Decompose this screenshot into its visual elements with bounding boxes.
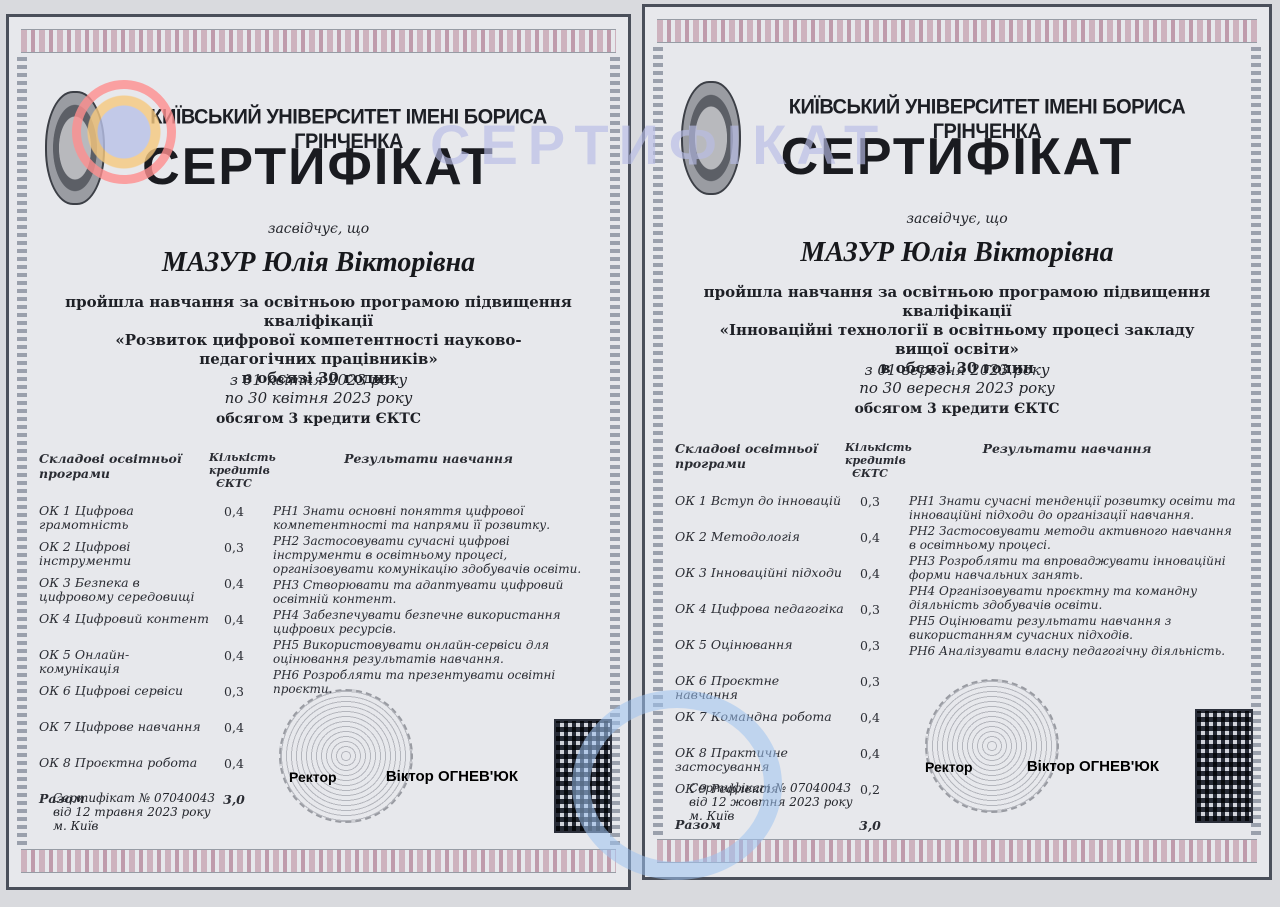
table-row-subject: ОК 5 Онлайн-комунікація (39, 648, 209, 684)
table-row-credits: 0,3 (209, 684, 259, 720)
ornament-border-bottom (21, 849, 616, 873)
table-row-credits: 0,4 (209, 720, 259, 756)
issue-city: м. Київ (689, 809, 853, 823)
description-line: «Розвиток цифрової компетентності науков… (59, 331, 578, 369)
table-total-value: 3,0 (209, 792, 259, 828)
header-subject: Складові освітньої програми (675, 441, 845, 480)
recipient-name: МАЗУР Юлія Вікторівна (39, 247, 598, 279)
table-row-subject: ОК 7 Цифрове навчання (39, 720, 209, 756)
table-row-credits: 0,4 (209, 648, 259, 684)
description-line: «Інноваційні технології в освітньому про… (695, 321, 1219, 359)
table-row-subject: ОК 8 Проєктна робота (39, 756, 209, 792)
table-row-subject: ОК 4 Цифровий контент (39, 612, 209, 648)
table-row-subject: ОК 3 Безпека в цифровому середовищі (39, 576, 209, 612)
table-row-credits: 0,3 (845, 494, 895, 530)
header-subject: Складові освітньої програми (39, 451, 209, 490)
certificate-footer-info: Сертифікат № 07040043 від 12 травня 2023… (53, 791, 215, 833)
issue-date: від 12 травня 2023 року (53, 805, 215, 819)
registry-number: Сертифікат № 07040043 (689, 781, 853, 795)
date-from: з 01 вересня 2023 року (695, 361, 1219, 379)
table-row-subject: ОК 3 Інноваційні підходи (675, 566, 845, 602)
program-dates: з 01 квітня 2023 року по 30 квітня 2023 … (59, 371, 578, 407)
ornament-border-left (17, 57, 27, 847)
qr-code-icon (554, 719, 612, 833)
learning-result: РН3 Створювати та адаптувати цифровий ос… (273, 578, 598, 606)
ornament-border-top (21, 29, 616, 53)
header-credits: Кількість кредитів ЄКТС (845, 441, 895, 480)
table-row-subject: ОК 6 Проєктне навчання (675, 674, 845, 710)
learning-result: РН1 Знати сучасні тенденції розвитку осв… (909, 494, 1239, 522)
table-row-subject: ОК 2 Методологія (675, 530, 845, 566)
qr-code-icon (1195, 709, 1253, 823)
learning-result: РН3 Розробляти та впроваджувати інноваці… (909, 554, 1239, 582)
learning-result: РН6 Розробляти та презентувати освітні п… (273, 668, 598, 696)
table-row-subject: ОК 7 Командна робота (675, 710, 845, 746)
learning-result: РН6 Аналізувати власну педагогічну діяль… (909, 644, 1239, 658)
registry-number: Сертифікат № 07040043 (53, 791, 215, 805)
learning-result: РН2 Застосовувати методи активного навча… (909, 524, 1239, 552)
table-row-subject: ОК 5 Оцінювання (675, 638, 845, 674)
certificate-title: СЕРТИФІКАТ (675, 127, 1239, 187)
date-to: по 30 квітня 2023 року (59, 389, 578, 407)
description-line: пройшла навчання за освітньою програмою … (695, 283, 1219, 321)
red-circle-logo-icon (72, 80, 176, 184)
table-row-subject: ОК 4 Цифрова педагогіка (675, 602, 845, 638)
learning-result: РН1 Знати основні поняття цифрової компе… (273, 504, 598, 532)
table-row-credits: 0,3 (845, 674, 895, 710)
table-total-label: Разом (675, 818, 845, 854)
issued-to-label: засвідчує, що (675, 211, 1239, 227)
table-row-credits: 0,4 (209, 612, 259, 648)
learning-result: РН5 Оцінювати результати навчання з вико… (909, 614, 1239, 642)
issued-to-label: засвідчує, що (39, 221, 598, 237)
header-results: Результати навчання (259, 451, 598, 490)
description-line: пройшла навчання за освітньою програмою … (59, 293, 578, 331)
certificate-footer-info: Сертифікат № 07040043 від 12 жовтня 2023… (689, 781, 853, 823)
signatory-rank: Ректор (289, 769, 337, 785)
table-row-credits: 0,3 (845, 638, 895, 674)
table-row-credits: 0,3 (209, 540, 259, 576)
recipient-name: МАЗУР Юлія Вікторівна (675, 237, 1239, 269)
date-to: по 30 вересня 2023 року (695, 379, 1219, 397)
credits-total: обсягом 3 кредити ЄКТС (695, 401, 1219, 417)
signatory-name: Віктор ОГНЕВ'ЮК (1027, 758, 1159, 775)
certificate-right: КИЇВСЬКИЙ УНІВЕРСИТЕТ ІМЕНІ БОРИСА ГРІНЧ… (642, 4, 1272, 880)
table-total-value: 3,0 (845, 818, 895, 854)
program-dates: з 01 вересня 2023 року по 30 вересня 202… (695, 361, 1219, 397)
table-row-credits: 0,4 (209, 576, 259, 612)
ornament-border-left (653, 47, 663, 837)
table-row-subject: ОК 1 Вступ до інновацій (675, 494, 845, 530)
issue-city: м. Київ (53, 819, 215, 833)
learning-result: РН2 Застосовувати сучасні цифрові інстру… (273, 534, 598, 576)
signatory-name: Віктор ОГНЕВ'ЮК (386, 768, 518, 785)
official-seal-icon (279, 689, 413, 823)
learning-result: РН4 Забезпечувати безпечне використання … (273, 608, 598, 636)
credits-total: обсягом 3 кредити ЄКТС (59, 411, 578, 427)
date-from: з 01 квітня 2023 року (59, 371, 578, 389)
learning-result: РН5 Використовувати онлайн-сервіси для о… (273, 638, 598, 666)
table-row-credits: 0,4 (845, 530, 895, 566)
table-row-credits: 0,4 (845, 710, 895, 746)
issue-date: від 12 жовтня 2023 року (689, 795, 853, 809)
learning-result: РН4 Організовувати проєктну та командну … (909, 584, 1239, 612)
table-row-subject: ОК 2 Цифрові інструменти (39, 540, 209, 576)
signatory-rank: Ректор (925, 759, 973, 775)
table-row-credits: 0,4 (845, 566, 895, 602)
header-credits: Кількість кредитів ЄКТС (209, 451, 259, 490)
table-row-subject: ОК 1 Цифрова грамотність (39, 504, 209, 540)
official-seal-icon (925, 679, 1059, 813)
table-row-credits: 0,4 (209, 756, 259, 792)
header-results: Результати навчання (895, 441, 1239, 480)
table-row-credits: 0,4 (209, 504, 259, 540)
table-row-credits: 0,4 (845, 746, 895, 782)
ornament-border-top (657, 19, 1257, 43)
table-row-subject: ОК 6 Цифрові сервіси (39, 684, 209, 720)
table-row-credits: 0,3 (845, 602, 895, 638)
table-row-subject: ОК 8 Практичне застосування (675, 746, 845, 782)
